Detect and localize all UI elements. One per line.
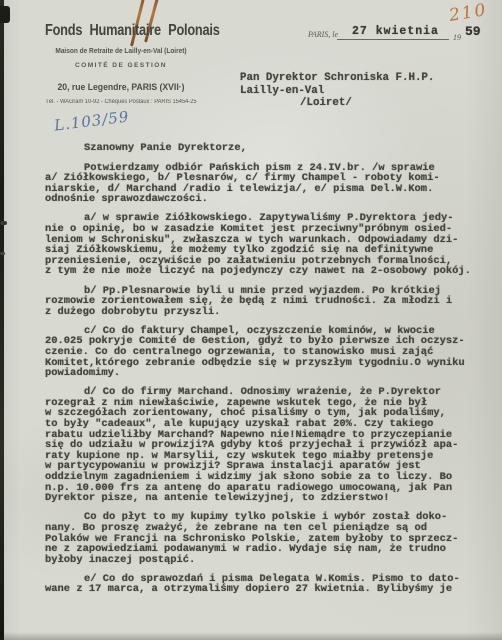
recipient-block: Pan Dyrektor Schroniska F.H.P. Lailly-en… (240, 72, 434, 110)
dateline-year: 59 (465, 24, 481, 39)
letter-paragraph: a/ w sprawie Ziółkowskiego. Zapytywaliśm… (45, 213, 485, 277)
scan-edge-bottom (0, 632, 502, 640)
letterhead: Fonds Humanitaire Polonais Maison de Ret… (26, 22, 216, 105)
letter-paragraph: e/ Co do sprawozdań i pisma Delegata W.K… (45, 574, 485, 595)
letterhead-contacts: Tél. - WAGram 10-92 - Chèques Postaux : … (31, 99, 212, 105)
letter-paragraph: c/ Co do faktury Champel, oczyszczenie k… (45, 326, 485, 379)
letter-paragraph: Co do płyt to my kupimy tylko polskie i … (45, 512, 485, 565)
recipient-line: /Loiret/ (240, 97, 434, 110)
date-underline (337, 39, 449, 40)
letter-paragraph: b/ Pp.Plesnarowie byli u mnie przed wyja… (45, 286, 485, 318)
org-name: Fonds Humanitaire Polonais (45, 22, 197, 40)
salutation: Szanowny Panie Dyrektorze, (45, 143, 485, 154)
letter-body: Szanowny Panie Dyrektorze, Potwierdzamy … (45, 143, 485, 603)
dateline-year-prefix: 19 (453, 33, 461, 42)
letterhead-address: 20, rue Legendre, PARIS (XVII·) (36, 82, 207, 93)
letterhead-subtitle: Maison de Retraite de Lailly-en-Val (Loi… (37, 46, 204, 55)
dateline-date: 27 kwietnia (352, 25, 439, 38)
scan-edge-left (0, 0, 4, 640)
scan-edge-mark (0, 221, 7, 225)
letterhead-committee: COMITÉ DE GESTION (26, 62, 216, 69)
scan-edge-mark (0, 252, 5, 255)
scan-edge-blob (0, 6, 10, 23)
scanned-letter-page: 210 Fonds Humanitaire Polonais Maison de… (0, 0, 502, 640)
letter-paragraph: Potwierdzamy odbiór Pańskich pism z 24.I… (45, 163, 485, 205)
letter-paragraph: d/ Co do firmy Marchand. Odnosimy wrażen… (45, 387, 485, 504)
handwritten-reference-number: L.103/59 (53, 107, 130, 134)
dateline-place-label: PARIS, le (308, 30, 338, 39)
recipient-line: Pan Dyrektor Schroniska F.H.P. (240, 72, 434, 85)
handwritten-page-number: 210 (448, 0, 489, 26)
recipient-line: Lailly-en-Val (240, 85, 434, 98)
